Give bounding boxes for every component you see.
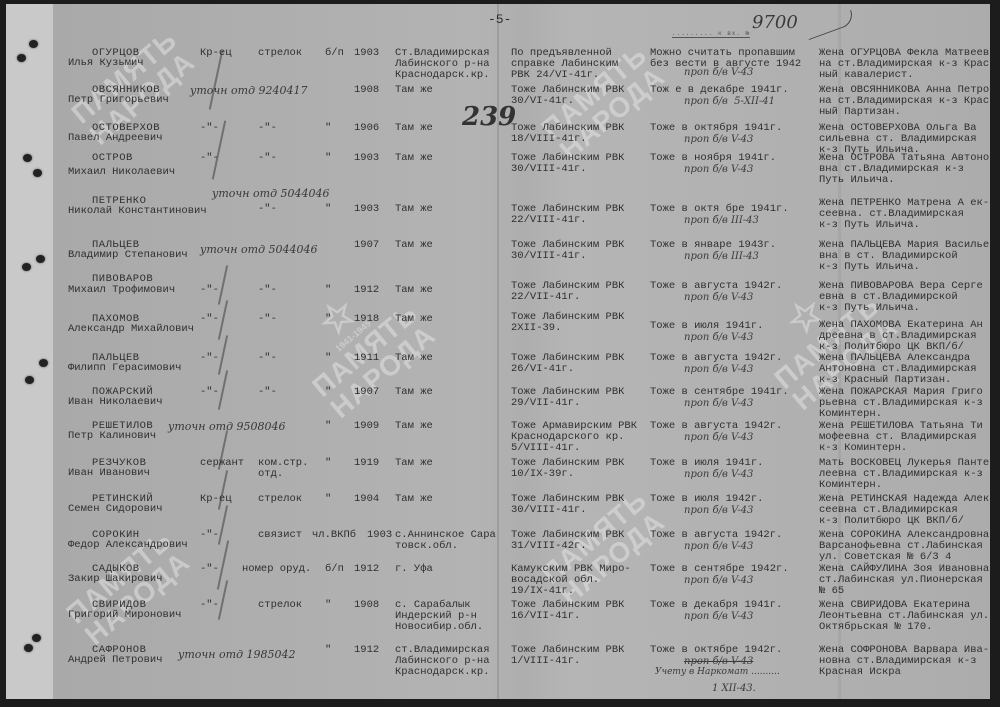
handwritten-annotation: уточн отд 9508046 bbox=[168, 421, 286, 432]
birth-year: 1919 bbox=[354, 458, 379, 469]
handwritten-status-note: проп б/в III-43 bbox=[684, 215, 759, 226]
handwritten-status-note: проп б/в V-43 bbox=[684, 332, 753, 343]
enlistment-office: Тоже Лабинским РВК 10/IX-39г. bbox=[511, 458, 624, 480]
next-of-kin: Жена ОВСЯННИКОВА Анна Петро на ст.Владим… bbox=[819, 85, 989, 118]
birth-year: 1906 bbox=[354, 123, 379, 134]
enlistment-office: Тоже Лабинским РВК 1/VIII-41г. bbox=[511, 645, 624, 667]
party: " bbox=[325, 494, 331, 505]
handwritten-document-number: 9700 bbox=[752, 12, 798, 33]
fate-status: Тоже в октя бре 1941г. bbox=[650, 204, 789, 215]
next-of-kin: Жена РЕТИНСКАЯ Надежда Алек сеевна ст.Вл… bbox=[819, 494, 989, 527]
party: " bbox=[325, 153, 331, 164]
enlistment-office: Тоже Лабинским РВК 22/VIII-41г. bbox=[511, 204, 624, 226]
scan-edge bbox=[990, 0, 1000, 707]
binder-hole bbox=[33, 169, 42, 177]
position: -"- bbox=[258, 153, 277, 164]
incoming-stamp: ......... к вх. № bbox=[672, 30, 750, 38]
birthplace: г. Уфа bbox=[395, 564, 433, 575]
rank: -"- bbox=[200, 153, 219, 164]
fate-status: Тоже в декабря 1941г. bbox=[650, 600, 782, 611]
enlistment-office: Тоже Лабинским РВК 30/VI-41г. bbox=[511, 85, 624, 107]
binder-hole bbox=[24, 644, 33, 652]
rank: -"- bbox=[200, 353, 219, 364]
handwritten-status-note: проп б/в V-43 bbox=[684, 432, 753, 443]
binder-hole bbox=[17, 54, 26, 62]
birthplace: с. Сарабалык Индерский р-н Новосибир.обл… bbox=[395, 600, 483, 633]
handwritten-status-note: проп б/в V-43 bbox=[684, 575, 753, 586]
birthplace: Там же bbox=[395, 123, 433, 134]
handwritten-status-note: проп б/в V-43 bbox=[684, 67, 753, 78]
birth-year: 1908 bbox=[354, 600, 379, 611]
birthplace: Там же bbox=[395, 421, 433, 432]
rank: -"- bbox=[200, 387, 219, 398]
fate-status: Тоже в августа 1942г. bbox=[650, 530, 782, 541]
handwritten-status-note: проп б/в V-43 bbox=[684, 364, 753, 375]
birthplace: Там же bbox=[395, 353, 433, 364]
handwritten-status-note: проп б/в V-43 bbox=[684, 611, 753, 622]
fate-status: Тоже в ноября 1941г. bbox=[650, 153, 776, 164]
enlistment-office: Тоже Лабинским РВК 26/VI-41г. bbox=[511, 353, 624, 375]
handwritten-status-note: проп б/в V-43 bbox=[684, 541, 753, 552]
next-of-kin: Жена РЕШЕТИЛОВА Татьяна Ти мофеевна ст. … bbox=[819, 421, 983, 454]
given-names: Иван Иванович bbox=[68, 468, 150, 479]
given-names: Андрей Петрович bbox=[68, 655, 163, 666]
birthplace: Там же bbox=[395, 85, 433, 96]
handwritten-annotation: уточн отд 1985042 bbox=[178, 649, 296, 660]
enlistment-office: Тоже Армавирским РВК Краснодарского кр. … bbox=[511, 421, 637, 454]
given-names: Иван Николаевич bbox=[68, 397, 163, 408]
next-of-kin: Жена ПИВОВАРОВА Вера Серге евна в ст.Вла… bbox=[819, 281, 983, 314]
birth-year: 1908 bbox=[354, 85, 379, 96]
given-names: Павел Андреевич bbox=[68, 133, 163, 144]
surname: ОСТРОВ bbox=[92, 153, 133, 164]
enlistment-office: Тоже Лабинским РВК 2XII-39. bbox=[511, 312, 624, 334]
enlistment-office: Тоже Лабинским РВК 30/VIII-41г. bbox=[511, 153, 624, 175]
party: " bbox=[325, 353, 331, 364]
position: -"- bbox=[258, 285, 277, 296]
party: " bbox=[325, 600, 331, 611]
rank: -"- bbox=[200, 600, 219, 611]
position: номер оруд. bbox=[242, 564, 311, 575]
enlistment-office: По предъявленной справке Лабинским РВК 2… bbox=[511, 48, 618, 81]
party: " bbox=[325, 123, 331, 134]
given-names: Илья Кузьмич bbox=[68, 58, 144, 69]
rank: сержант bbox=[200, 458, 244, 469]
birth-year: 1912 bbox=[354, 564, 379, 575]
document-scan: -5- ......... к вх. № 9700 239 ПАМЯТЬ НА… bbox=[0, 0, 1000, 707]
party: " bbox=[325, 387, 331, 398]
birthplace: Там же bbox=[395, 494, 433, 505]
fate-status: Тоже в июля 1941г. bbox=[650, 321, 763, 332]
rank: -"- bbox=[200, 314, 219, 325]
party: " bbox=[325, 314, 331, 325]
handwritten-status-note: проп б/в V-43 bbox=[684, 292, 753, 303]
next-of-kin: Жена СОФРОНОВА Варвара Ива- новна ст.Вла… bbox=[819, 645, 989, 678]
birthplace: Там же bbox=[395, 387, 433, 398]
handwritten-annotation: уточн отд 5044046 bbox=[212, 188, 330, 199]
next-of-kin: Жена ПЕТРЕНКО Матрена А ек- сеевна. ст.В… bbox=[819, 198, 989, 231]
enlistment-office: Тоже Лабинским РВК 18/VIII-41г. bbox=[511, 123, 624, 145]
handwritten-footer-note: Учету в Наркомат .......... bbox=[655, 667, 780, 677]
fate-status: Тоже в августа 1942г. bbox=[650, 421, 782, 432]
birth-year: 1912 bbox=[354, 645, 379, 656]
birthplace: Там же bbox=[395, 458, 433, 469]
handwritten-status-note: проп б/в III-43 bbox=[684, 251, 759, 262]
given-names: Семен Сидорович bbox=[68, 504, 163, 515]
party: " bbox=[325, 421, 331, 432]
handwritten-status-note: проп б/в V-43 bbox=[684, 164, 753, 175]
binder-hole bbox=[32, 634, 41, 642]
binder-hole bbox=[25, 376, 34, 384]
next-of-kin: Жена ПАЛЬЦЕВА Мария Василье вна в ст. Вл… bbox=[819, 240, 989, 273]
birthplace: Там же bbox=[395, 240, 433, 251]
birth-year: 1903 bbox=[367, 530, 392, 541]
fate-status: Тоже в сентябре 1942г. bbox=[650, 564, 789, 575]
enlistment-office: Камукским РВК Миро- восадской обл. 19/IX… bbox=[511, 564, 631, 597]
birthplace: Там же bbox=[395, 204, 433, 215]
birth-year: 1907 bbox=[354, 240, 379, 251]
fate-status: Тоже в январе 1943г. bbox=[650, 240, 776, 251]
page-number: -5- bbox=[488, 12, 511, 27]
next-of-kin: Мать ВОСКОВЕЦ Лукерья Панте леевна ст.Вл… bbox=[819, 458, 989, 491]
fate-status: Тоже в октября 1941г. bbox=[650, 123, 782, 134]
position: стрелок bbox=[258, 600, 302, 611]
next-of-kin: Жена ОГУРЦОВА Фекла Матвеев на ст.Владим… bbox=[819, 48, 989, 81]
rank: -"- bbox=[200, 564, 219, 575]
fate-status: Тоже в сентябре 1941г. bbox=[650, 387, 789, 398]
next-of-kin: Жена ПАХОМОВА Екатерина Ан дреевна в ст.… bbox=[819, 320, 983, 353]
handwritten-status-note: проп б/в 5-XII-41 bbox=[684, 96, 775, 107]
birth-year: 1909 bbox=[354, 421, 379, 432]
next-of-kin: Жена ОСТРОВА Татьяна Автоно вна ст.Влади… bbox=[819, 153, 989, 186]
next-of-kin: Жена ПАЛЬЦЕВА Александра Антоновна ст.Вл… bbox=[819, 353, 977, 386]
given-names: Владимир Степанович bbox=[68, 250, 188, 261]
birth-year: 1911 bbox=[354, 353, 379, 364]
next-of-kin: Жена САЙФУЛИНА Зоя Ивановна ст.Лабинская… bbox=[819, 564, 989, 597]
given-names: Михаил Николаевич bbox=[68, 167, 175, 178]
given-names: Николай Константинович bbox=[68, 206, 207, 217]
binding-margin bbox=[6, 4, 54, 699]
rank: Кр-ец bbox=[200, 494, 232, 505]
fate-status: Тоже в августа 1942г. bbox=[650, 281, 782, 292]
birth-year: 1918 bbox=[354, 314, 379, 325]
given-names: Григорий Миронович bbox=[68, 610, 181, 621]
handwritten-status-note: проп б/в V-43 bbox=[684, 469, 753, 480]
enlistment-office: Тоже Лабинским РВК 30/VIII-41г. bbox=[511, 240, 624, 262]
party: " bbox=[325, 458, 331, 469]
rank: -"- bbox=[200, 285, 219, 296]
birth-year: 1912 bbox=[354, 285, 379, 296]
binder-hole bbox=[36, 255, 45, 263]
fate-status: Тоже в октябре 1942г. bbox=[650, 645, 782, 656]
given-names: Филипп Герасимович bbox=[68, 363, 181, 374]
birthplace: Там же bbox=[395, 153, 433, 164]
handwritten-status-note: проп б/в V-43 bbox=[684, 134, 753, 145]
rank: -"- bbox=[200, 530, 219, 541]
binder-hole bbox=[22, 263, 31, 271]
given-names: Петр Калинович bbox=[68, 431, 156, 442]
position: -"- bbox=[258, 314, 277, 325]
next-of-kin: Жена ПОЖАРСКАЯ Мария Григо рьевна ст.Вла… bbox=[819, 387, 983, 420]
given-names: Федор Александрович bbox=[68, 540, 188, 551]
party: б/п bbox=[325, 48, 344, 59]
enlistment-office: Тоже Лабинским РВК 29/VII-41г. bbox=[511, 387, 624, 409]
binder-hole bbox=[39, 359, 48, 367]
enlistment-office: Тоже Лабинским РВК 22/VII-41г. bbox=[511, 281, 624, 303]
party: " bbox=[325, 645, 331, 656]
next-of-kin: Жена СВИРИДОВА Екатерина Леонтьевна ст.Л… bbox=[819, 600, 989, 633]
birth-year: 1903 bbox=[354, 153, 379, 164]
party: " bbox=[325, 204, 331, 215]
given-names: Петр Григорьевич bbox=[68, 95, 169, 106]
fate-status: Тож е в декабре 1941г. bbox=[650, 85, 789, 96]
position: связист bbox=[258, 530, 302, 541]
handwritten-sheet-number: 239 bbox=[462, 102, 516, 132]
fate-status: Тоже в июля 1942г. bbox=[650, 494, 763, 505]
handwritten-status-note: проп б/в V-43 bbox=[684, 398, 753, 409]
binder-hole bbox=[29, 40, 38, 48]
binder-hole bbox=[23, 154, 32, 162]
rank: Кр-ец bbox=[200, 48, 232, 59]
position: стрелок bbox=[258, 48, 302, 59]
handwritten-annotation: уточн отд 9240417 bbox=[190, 85, 308, 96]
enlistment-office: Тоже Лабинским РВК 31/VIII-42г. bbox=[511, 530, 624, 552]
birthplace: ст.Владимирская Лабинского р-на Краснода… bbox=[395, 645, 490, 678]
rank: -"- bbox=[200, 123, 219, 134]
given-names: Михаил Трофимович bbox=[68, 285, 175, 296]
birthplace: Там же bbox=[395, 314, 433, 325]
given-names: Закир Шакирович bbox=[68, 574, 163, 585]
handwritten-annotation: уточн отд 5044046 bbox=[200, 244, 318, 255]
position: -"- bbox=[258, 353, 277, 364]
birthplace: Ст.Владимирская Лабинского р-на Краснода… bbox=[395, 48, 490, 81]
given-names: Александр Михайлович bbox=[68, 324, 194, 335]
position: ком.стр. отд. bbox=[258, 458, 308, 480]
birth-year: 1903 bbox=[354, 48, 379, 59]
handwritten-status-note: проп б/в V-43 bbox=[684, 505, 753, 516]
fate-status: Тоже в августа 1942г. bbox=[650, 353, 782, 364]
party: б/п bbox=[325, 564, 344, 575]
birth-year: 1907 bbox=[354, 387, 379, 398]
birthplace: Там же bbox=[395, 285, 433, 296]
position: -"- bbox=[258, 204, 277, 215]
fate-status: Тоже в июля 1941г. bbox=[650, 458, 763, 469]
position: -"- bbox=[258, 387, 277, 398]
handwritten-footer-date: 1 XII-43. bbox=[712, 683, 756, 694]
position: стрелок bbox=[258, 494, 302, 505]
enlistment-office: Тоже Лабинским РВК 30/VIII-41г. bbox=[511, 494, 624, 516]
birth-year: 1904 bbox=[354, 494, 379, 505]
enlistment-office: Тоже Лабинским РВК 16/VII-41г. bbox=[511, 600, 624, 622]
party: чл.ВКПб bbox=[312, 530, 356, 541]
birth-year: 1903 bbox=[354, 204, 379, 215]
party: " bbox=[325, 285, 331, 296]
next-of-kin: Жена СОРОКИНА Александровна Варсанофьевн… bbox=[819, 530, 989, 563]
handwritten-status-note: проп б/в V-43 bbox=[684, 656, 753, 667]
birthplace: с.Аннинское Сара товск.обл. bbox=[395, 530, 496, 552]
position: -"- bbox=[258, 123, 277, 134]
